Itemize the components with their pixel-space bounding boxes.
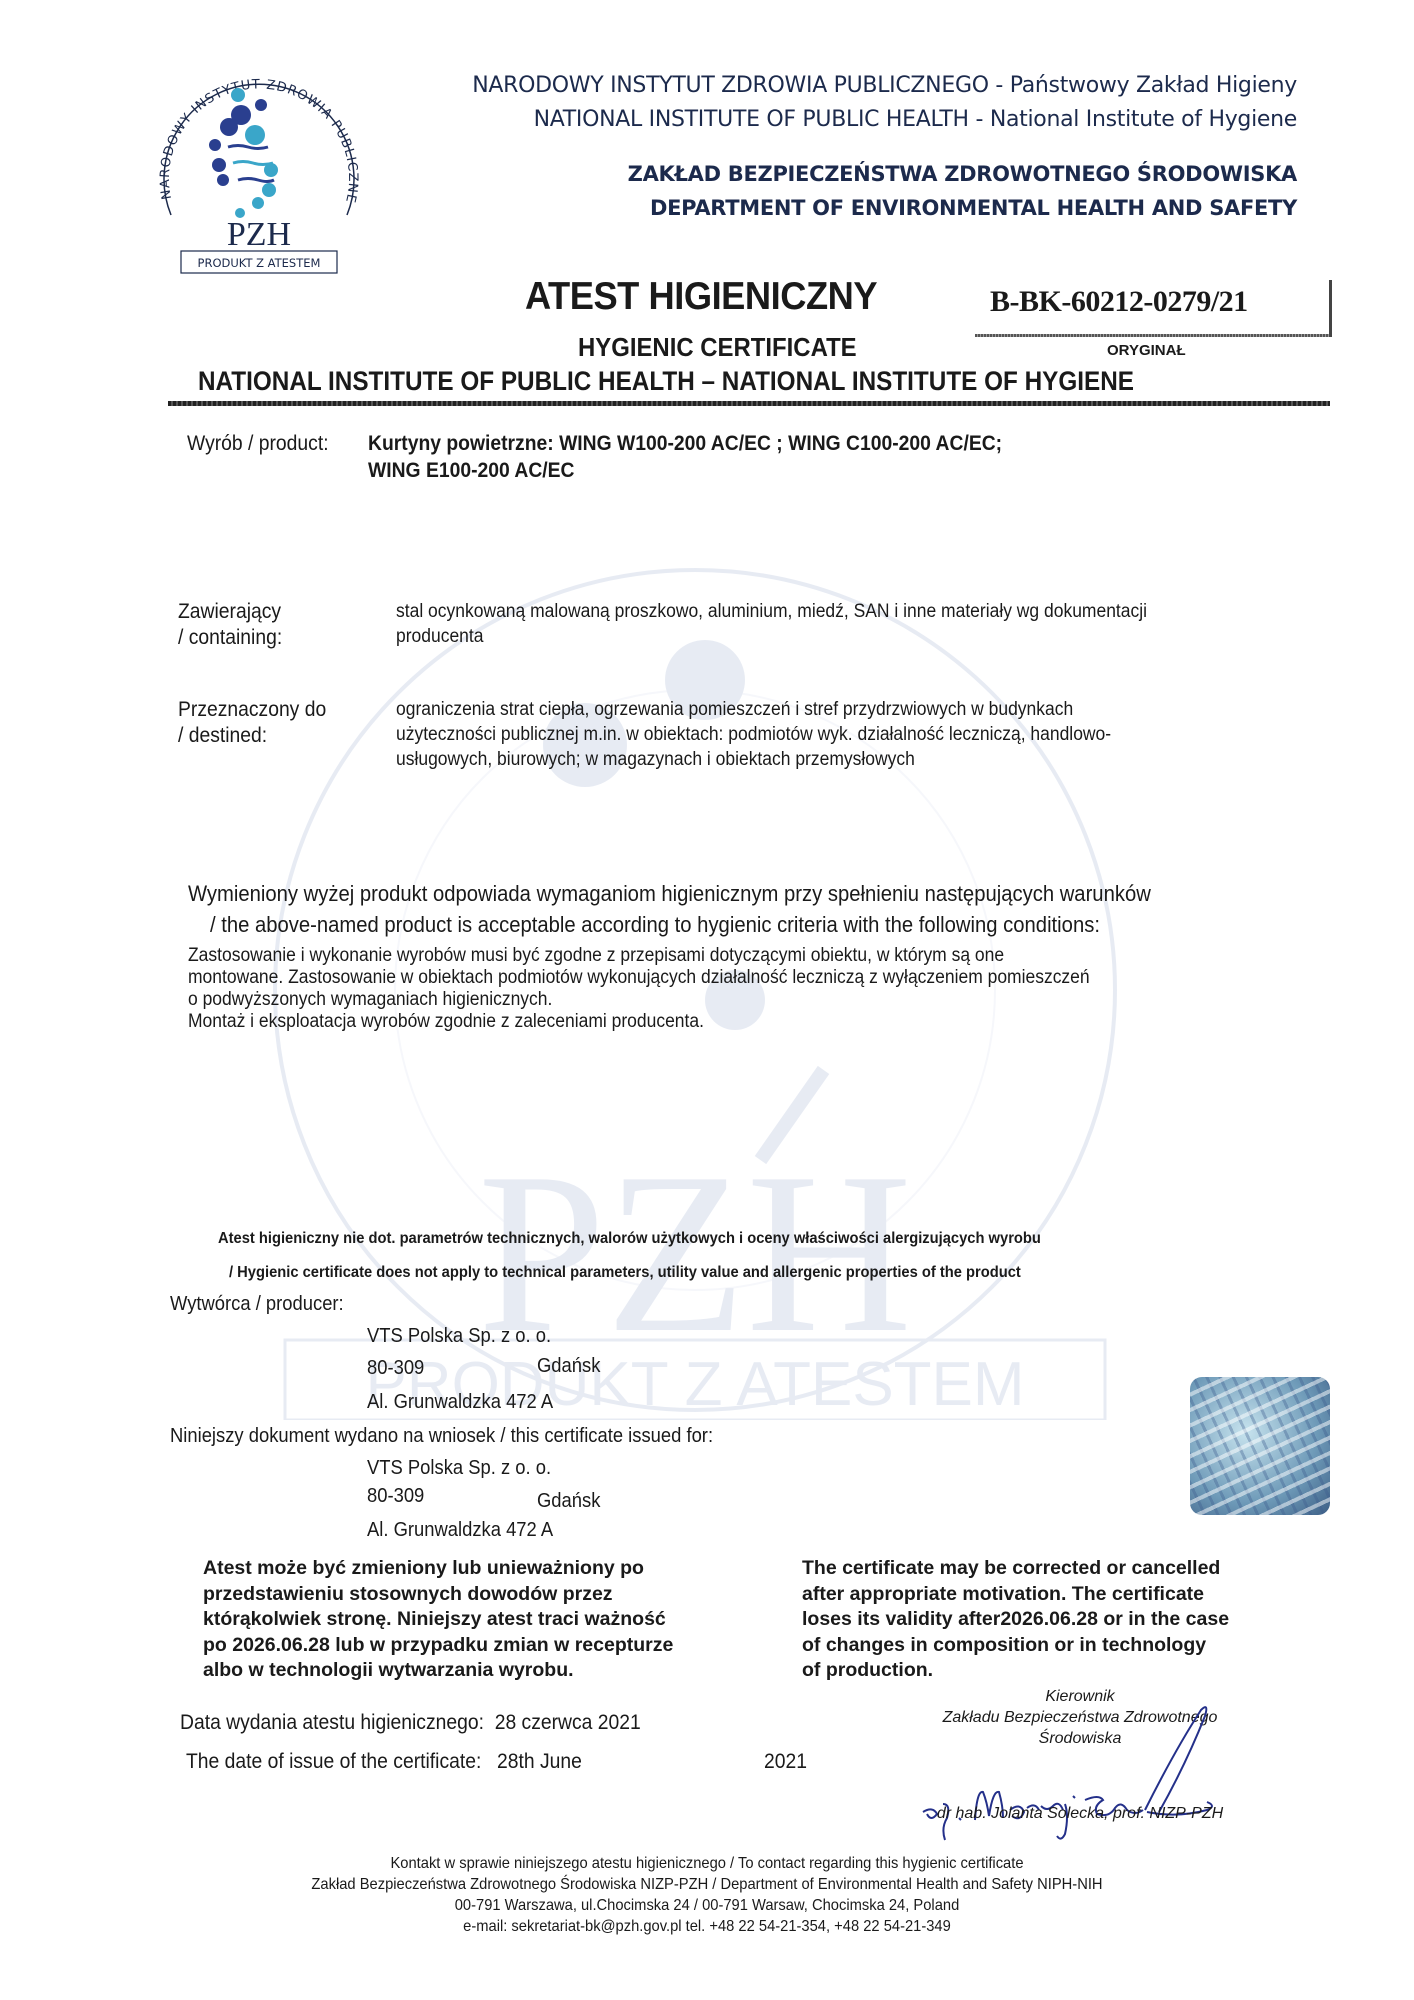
issue-date-en-label: The date of issue of the certificate: [186,1750,481,1774]
issue-date-pl-label: Data wydania atestu higienicznego: [180,1711,484,1734]
handwritten-signature [915,1700,1245,1850]
producer-label: Wytwórca / producer: [170,1293,344,1316]
cert-number-box-underline [975,334,1332,337]
validity-line-pl: albo w technologii wytwarzania wyrobu. [203,1658,673,1684]
product-label: Wyrób / product: [187,432,329,456]
header-divider [168,401,1330,406]
condition-line: o podwyższonych wymaganiach higienicznyc… [188,989,1090,1011]
issue-date-pl-value: 28 czerwca 2021 [495,1711,641,1734]
conditions-heading-pl: Wymieniony wyżej produkt odpowiada wymag… [188,878,1151,909]
issued-for-name: VTS Polska Sp. z o. o. [367,1457,551,1480]
issue-date-en-day-month: 28th June [497,1750,582,1774]
containing-line: producenta [396,624,1147,649]
issue-date-en-year: 2021 [764,1750,807,1774]
conditions-heading-en: / the above-named product is acceptable … [210,909,1100,940]
conditions-list: Zastosowanie i wykonanie wyrobów musi by… [188,945,1090,1033]
footer-line: Zakład Bezpieczeństwa Zdrowotnego Środow… [201,1874,1213,1895]
cert-number-box-edge [1329,280,1332,337]
validity-line-en: of changes in composition or in technolo… [802,1633,1229,1659]
original-stamp: ORYGINAŁ [1107,342,1186,359]
svg-text:PRODUKT Z ATESTEM: PRODUKT Z ATESTEM [198,256,321,270]
footer-line: Kontakt w sprawie niniejszego atestu hig… [201,1853,1213,1874]
condition-line: montowane. Zastosowanie w obiektach podm… [188,967,1090,989]
signatory-name: dr hab. Jolanta Solecka, prof. NIZP-PZH [900,1803,1260,1824]
validity-line-en: The certificate may be corrected or canc… [802,1556,1229,1582]
hologram-security-sticker [1190,1377,1330,1515]
containing-label: Zawierający / containing: [178,599,282,651]
issue-date-pl: Data wydania atestu higienicznego: 28 cz… [180,1711,641,1735]
containing-line: stal ocynkowaną malowaną proszkowo, alum… [396,599,1147,624]
validity-line-pl: Atest może być zmieniony lub unieważnion… [203,1556,673,1582]
issued-for-label: Niniejszy dokument wydano na wniosek / t… [170,1425,713,1448]
footer-line: 00-791 Warszawa, ul.Chocimska 24 / 00-79… [201,1895,1213,1916]
destined-line: ograniczenia strat ciepła, ogrzewania po… [396,697,1111,722]
product-line-1: Kurtyny powietrzne: WING W100-200 AC/EC … [368,430,1002,457]
department-name-en: DEPARTMENT OF ENVIRONMENTAL HEALTH AND S… [650,196,1297,220]
destined-line: użyteczności publicznej m.in. w obiektac… [396,722,1111,747]
validity-line-en: after appropriate motivation. The certif… [802,1582,1229,1608]
destined-label-pl: Przeznaczony do [178,697,326,723]
institute-name-pl: NARODOWY INSTYTUT ZDROWIA PUBLICZNEGO - … [472,73,1297,98]
footer-line: e-mail: sekretariat-bk@pzh.gov.pl tel. +… [201,1916,1213,1937]
validity-line-pl: którąkolwiek stronę. Niniejszy atest tra… [203,1607,673,1633]
destined-text: ograniczenia strat ciepła, ogrzewania po… [396,697,1111,772]
disclaimer-en: / Hygienic certificate does not apply to… [229,1256,1021,1290]
pzh-logo: NARODOWY INSTYTUT ZDROWIA PUBLICZNEGO PZ… [143,55,375,277]
issued-for-city: Gdańsk [537,1490,600,1513]
producer-street: Al. Grunwaldzka 472 A [367,1391,553,1414]
institute-name-en: NATIONAL INSTITUTE OF PUBLIC HEALTH - Na… [534,107,1297,132]
condition-line: Montaż i eksploatacja wyrobów zgodnie z … [188,1011,1090,1033]
issued-for-street: Al. Grunwaldzka 472 A [367,1519,553,1542]
validity-text-en: The certificate may be corrected or canc… [802,1556,1229,1684]
certificate-number: B-BK-60212-0279/21 [990,285,1248,319]
document-subtitle: HYGIENIC CERTIFICATE [578,332,857,363]
producer-city: Gdańsk [537,1355,600,1378]
validity-text-pl: Atest może być zmieniony lub unieważnion… [203,1556,673,1684]
validity-line-en: loses its validity after2026.06.28 or in… [802,1607,1229,1633]
destined-label-en: / destined: [178,723,326,749]
department-name-pl: ZAKŁAD BEZPIECZEŃSTWA ZDROWOTNEGO ŚRODOW… [628,162,1297,186]
product-line-2: WING E100-200 AC/EC [368,457,575,484]
document-title: ATEST HIGIENICZNY [525,275,877,319]
validity-line-pl: po 2026.06.28 lub w przypadku zmian w re… [203,1633,673,1659]
svg-text:PZH: PZH [227,216,291,253]
disclaimer-pl: Atest higieniczny nie dot. parametrów te… [218,1222,1041,1256]
validity-line-pl: przedstawieniu stosownych dowodów przez [203,1582,673,1608]
destined-label: Przeznaczony do / destined: [178,697,326,749]
producer-name: VTS Polska Sp. z o. o. [367,1325,551,1348]
containing-label-en: / containing: [178,625,282,651]
containing-label-pl: Zawierający [178,599,282,625]
contact-footer: Kontakt w sprawie niniejszego atestu hig… [201,1853,1213,1937]
condition-line: Zastosowanie i wykonanie wyrobów musi by… [188,945,1090,967]
validity-line-en: of production. [802,1658,1229,1684]
destined-line: usługowych, biurowych; w magazynach i ob… [396,747,1111,772]
containing-text: stal ocynkowaną malowaną proszkowo, alum… [396,599,1147,649]
issued-for-postal-code: 80-309 [367,1485,424,1508]
producer-postal-code: 80-309 [367,1357,424,1380]
institute-line: NATIONAL INSTITUTE OF PUBLIC HEALTH – NA… [198,366,1134,397]
